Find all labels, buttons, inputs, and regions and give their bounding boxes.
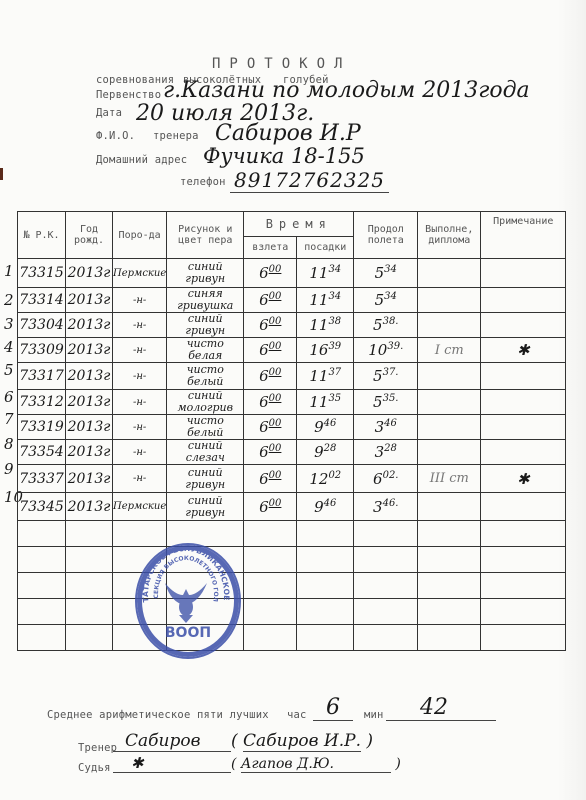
phone-value: 89172762325 (230, 168, 389, 193)
breed: -н- (113, 415, 167, 440)
diploma (418, 363, 481, 390)
header-ring: № Р.К. (18, 212, 66, 259)
empty-cell (354, 625, 418, 651)
empty-cell (297, 573, 354, 599)
flight-duration: 535. (354, 390, 418, 415)
diploma (418, 259, 481, 288)
header-time: Время (244, 212, 354, 237)
date-label: Дата (96, 107, 122, 119)
address-label: Домашний адрес (96, 154, 187, 166)
empty-cell (18, 521, 66, 547)
diploma (418, 288, 481, 313)
empty-cell (244, 573, 297, 599)
birth-year: 2013г (66, 440, 113, 465)
flight-duration: 1039. (354, 338, 418, 363)
empty-cell (354, 521, 418, 547)
breed: -н- (113, 338, 167, 363)
diploma (418, 493, 481, 521)
document-title: ПРОТОКОЛ (212, 56, 351, 72)
breed: Пермские (113, 493, 167, 521)
note (481, 440, 566, 465)
row-number: 7 (4, 410, 14, 428)
table-row: 733042013г-н-синийгривун6001138538. (18, 313, 566, 338)
ring-number: 73315 (18, 259, 66, 288)
takeoff-time: 600 (244, 363, 297, 390)
plumage-color: синийгривун (167, 493, 244, 521)
row-number: 9 (4, 460, 14, 478)
row-number: 1 (4, 262, 14, 280)
phone-label: телефон (180, 176, 226, 188)
table-row: 733092013г-н-чистобелая60016391039.I ст✱ (18, 338, 566, 363)
birth-year: 2013г (66, 313, 113, 338)
row-number: 4 (4, 338, 14, 356)
results-table: № Р.К. Год рожд. Поро-да Рисунок и цвет … (17, 211, 566, 651)
empty-cell (418, 547, 481, 573)
takeoff-time: 600 (244, 338, 297, 363)
judge-sign-label: Судья (78, 762, 111, 774)
empty-cell (297, 521, 354, 547)
table-row: 733372013г-н-синийгривун6001202602.III с… (18, 465, 566, 493)
diploma (418, 390, 481, 415)
header-takeoff: взлета (244, 237, 297, 259)
fio-label: Ф.И.О. (96, 130, 135, 142)
note: ✱ (481, 338, 566, 363)
header-diploma: Выполне, диплома (418, 212, 481, 259)
empty-table-row (18, 573, 566, 599)
birth-year: 2013г (66, 259, 113, 288)
empty-cell (481, 625, 566, 651)
empty-cell (418, 625, 481, 651)
empty-cell (18, 573, 66, 599)
table-row: 733192013г-н-чистобелый600946346 (18, 415, 566, 440)
plumage-color: синийгривун (167, 259, 244, 288)
flight-duration: 328 (354, 440, 418, 465)
diploma: I ст (418, 338, 481, 363)
breed: -н- (113, 440, 167, 465)
birth-year: 2013г (66, 493, 113, 521)
table-row: 733542013г-н-синийслезач600928328 (18, 440, 566, 465)
takeoff-time: 600 (244, 465, 297, 493)
breed: -н- (113, 288, 167, 313)
empty-cell (481, 521, 566, 547)
table-row: 733142013г-н-синяягривушка6001134534 (18, 288, 566, 313)
note (481, 493, 566, 521)
landing-time: 946 (297, 415, 354, 440)
header-landing: посадки (297, 237, 354, 259)
header-breed: Поро-да (113, 212, 167, 259)
plumage-color: чистобелый (167, 415, 244, 440)
plumage-color: синийгривун (167, 465, 244, 493)
plumage-color: чистобелая (167, 338, 244, 363)
note (481, 313, 566, 338)
scan-mark (0, 168, 3, 180)
landing-time: 1202 (297, 465, 354, 493)
birth-year: 2013г (66, 465, 113, 493)
note (481, 288, 566, 313)
takeoff-time: 600 (244, 259, 297, 288)
row-number: 3 (4, 315, 14, 333)
plumage-color: синийслезач (167, 440, 244, 465)
header-notes: Примечание (481, 212, 566, 259)
breed: Пермские (113, 259, 167, 288)
empty-cell (297, 547, 354, 573)
breed: -н- (113, 465, 167, 493)
empty-cell (418, 521, 481, 547)
ring-number: 73317 (18, 363, 66, 390)
empty-cell (481, 573, 566, 599)
birth-year: 2013г (66, 363, 113, 390)
trainer-sign-label: Тренер (78, 742, 117, 754)
breed: -н- (113, 313, 167, 338)
table-row: 733452013гПермскиесинийгривун600946346. (18, 493, 566, 521)
row-number: 8 (4, 435, 14, 453)
empty-cell (244, 521, 297, 547)
plumage-color: чистобелый (167, 363, 244, 390)
flight-duration: 602. (354, 465, 418, 493)
empty-table-row (18, 625, 566, 651)
birth-year: 2013г (66, 338, 113, 363)
takeoff-time: 600 (244, 493, 297, 521)
header-duration: Продол полета (354, 212, 418, 259)
flight-duration: 538. (354, 313, 418, 338)
takeoff-time: 600 (244, 288, 297, 313)
empty-table-row (18, 521, 566, 547)
diploma (418, 313, 481, 338)
empty-cell (18, 599, 66, 625)
landing-time: 928 (297, 440, 354, 465)
place-label: Первенство (96, 89, 161, 101)
flight-duration: 537. (354, 363, 418, 390)
judge-name: ( Агапов Д.Ю. ) (231, 756, 401, 773)
empty-cell (297, 599, 354, 625)
landing-time: 1135 (297, 390, 354, 415)
takeoff-time: 600 (244, 313, 297, 338)
empty-cell (66, 573, 113, 599)
empty-cell (481, 547, 566, 573)
trainer-signature: Сабиров (113, 731, 231, 752)
empty-table-row (18, 547, 566, 573)
judge-signature: ✱ (113, 754, 231, 773)
empty-cell (297, 625, 354, 651)
birth-year: 2013г (66, 390, 113, 415)
plumage-color: синийгривун (167, 313, 244, 338)
empty-cell (244, 625, 297, 651)
empty-table-row (18, 599, 566, 625)
empty-cell (66, 547, 113, 573)
ring-number: 73354 (18, 440, 66, 465)
row-number: 5 (4, 361, 14, 379)
note (481, 390, 566, 415)
empty-cell (244, 599, 297, 625)
note (481, 363, 566, 390)
diploma: III ст (418, 465, 481, 493)
minute-value: 42 (386, 695, 496, 721)
minute-label: мин (364, 709, 384, 721)
breed: -н- (113, 390, 167, 415)
average-label: Среднее арифметическое пяти лучших (47, 709, 269, 721)
table-row: 733172013г-н-чистобелый6001137537. (18, 363, 566, 390)
takeoff-time: 600 (244, 390, 297, 415)
header-year: Год рожд. (66, 212, 113, 259)
ring-number: 73319 (18, 415, 66, 440)
flight-duration: 534 (354, 288, 418, 313)
flight-duration: 346. (354, 493, 418, 521)
hour-label: час (287, 709, 307, 721)
empty-cell (354, 547, 418, 573)
landing-time: 1138 (297, 313, 354, 338)
empty-cell (18, 625, 66, 651)
table-row: 733152013гПермскиесинийгривун6001134534 (18, 259, 566, 288)
birth-year: 2013г (66, 288, 113, 313)
landing-time: 1639 (297, 338, 354, 363)
flight-duration: 534 (354, 259, 418, 288)
diploma (418, 415, 481, 440)
trainer-label: тренера (153, 130, 199, 142)
place-value: г.Казани по молодым 2013года (163, 78, 530, 103)
empty-cell (18, 547, 66, 573)
ring-number: 73345 (18, 493, 66, 521)
landing-time: 1134 (297, 259, 354, 288)
note (481, 259, 566, 288)
empty-cell (418, 599, 481, 625)
empty-cell (244, 547, 297, 573)
landing-time: 1134 (297, 288, 354, 313)
header-color: Рисунок и цвет пера (167, 212, 244, 259)
ring-number: 73312 (18, 390, 66, 415)
birth-year: 2013г (66, 415, 113, 440)
takeoff-time: 600 (244, 440, 297, 465)
empty-cell (354, 599, 418, 625)
empty-cell (66, 599, 113, 625)
stamp-center-text: ВООП (137, 625, 239, 641)
empty-cell (66, 625, 113, 651)
note (481, 415, 566, 440)
trainer-name: ( Сабиров И.Р. ) (231, 731, 373, 752)
hour-value: 6 (313, 695, 353, 721)
takeoff-time: 600 (244, 415, 297, 440)
ring-number: 73304 (18, 313, 66, 338)
row-number: 2 (4, 291, 14, 309)
empty-cell (481, 599, 566, 625)
empty-cell (418, 573, 481, 599)
note: ✱ (481, 465, 566, 493)
diploma (418, 440, 481, 465)
ring-number: 73309 (18, 338, 66, 363)
row-number: 6 (4, 388, 14, 406)
empty-cell (354, 573, 418, 599)
landing-time: 1137 (297, 363, 354, 390)
breed: -н- (113, 363, 167, 390)
address-value: Фучика 18-155 (203, 144, 365, 168)
plumage-color: синиймологрив (167, 390, 244, 415)
table-row: 733122013г-н-синиймологрив6001135535. (18, 390, 566, 415)
flight-duration: 346 (354, 415, 418, 440)
plumage-color: синяягривушка (167, 288, 244, 313)
ring-number: 73337 (18, 465, 66, 493)
official-stamp: ТАТАРСКОЕ РЕСПУБЛИКАНСКОЕ ОТДЕЛЕНИЕ СЕКЦ… (135, 543, 241, 659)
landing-time: 946 (297, 493, 354, 521)
empty-cell (66, 521, 113, 547)
ring-number: 73314 (18, 288, 66, 313)
trainer-value: Сабиров И.Р (215, 121, 361, 146)
